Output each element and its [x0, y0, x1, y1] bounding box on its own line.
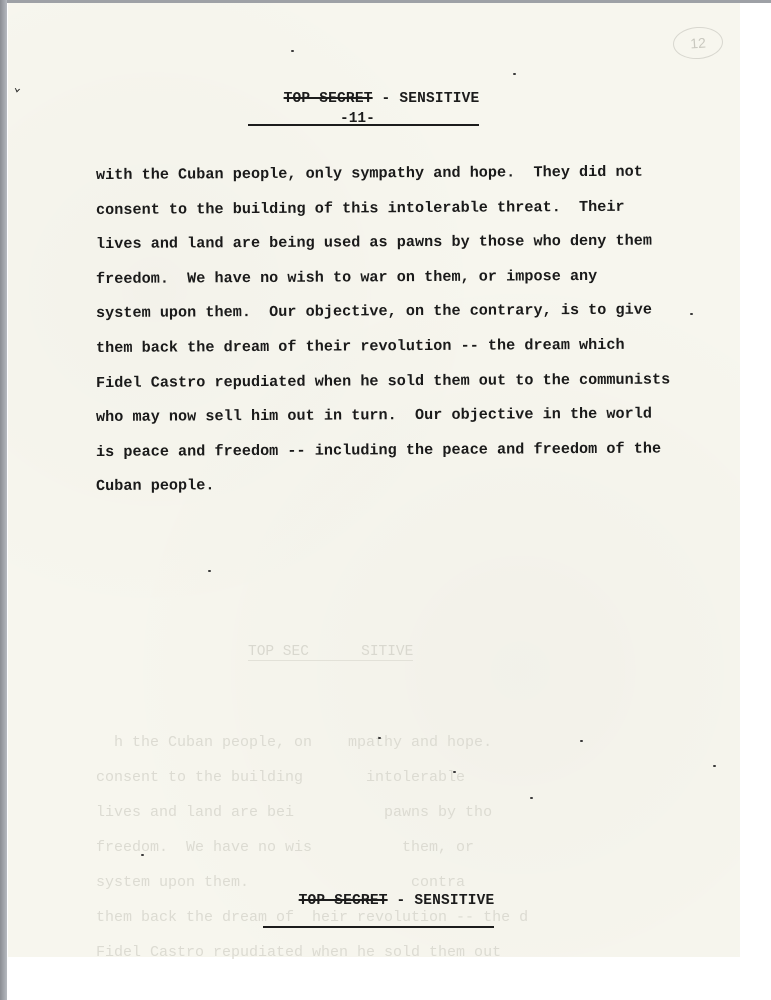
text-line: is peace and freedom -- including the pe… [96, 431, 716, 469]
struck-classification: TOP SECRET [299, 893, 388, 909]
page-number: -11- [340, 111, 375, 127]
bleed-through-body: h the Cuban people, on mpathy and hope. … [96, 725, 528, 970]
classification-label: - SENSITIVE [373, 91, 480, 107]
bleed-line: freedom. We have no wis them, or [96, 830, 528, 865]
scan-speck [291, 50, 294, 52]
scan-speck [690, 313, 693, 315]
scan-speck [713, 765, 716, 767]
handwritten-page-marking: 12 [672, 25, 724, 60]
footer-classification: TOP SECRET - SENSITIVE [263, 877, 494, 928]
document-page: TOP SEC SITIVE h the Cuban people, on mp… [8, 3, 740, 957]
scan-speck [141, 854, 144, 856]
scan-speck [208, 570, 211, 572]
text-line: them back the dream of their revolution … [96, 327, 716, 365]
scan-speck [378, 737, 381, 739]
text-line: Fidel Castro repudiated when he sold the… [96, 362, 716, 400]
text-line: system upon them. Our objective, on the … [96, 293, 716, 331]
body-text: with the Cuban people, only sympathy and… [96, 158, 716, 504]
bleed-line: h the Cuban people, on mpathy and hope. [96, 725, 528, 760]
bleed-line: Fidel Castro repudiated when he sold the… [96, 935, 528, 970]
scan-speck [513, 73, 516, 75]
text-line: lives and land are being used as pawns b… [96, 223, 716, 261]
text-line: Cuban people. [96, 466, 716, 504]
bleed-through-header: TOP SEC SITIVE [248, 644, 413, 661]
scan-edge-left [0, 0, 7, 1000]
text-line: consent to the building of this intolera… [96, 189, 716, 227]
scan-speck [580, 740, 583, 742]
bleed-line: consent to the building intolerable [96, 760, 528, 795]
scan-speck [530, 797, 533, 799]
classification-label: - SENSITIVE [388, 893, 495, 909]
text-line: who may now sell him out in turn. Our ob… [96, 396, 716, 434]
scan-speck [453, 771, 456, 773]
bleed-line: lives and land are bei pawns by tho [96, 795, 528, 830]
text-line: with the Cuban people, only sympathy and… [96, 154, 716, 192]
text-line: freedom. We have no wish to war on them,… [96, 258, 716, 296]
struck-classification: TOP SECRET [284, 91, 373, 107]
